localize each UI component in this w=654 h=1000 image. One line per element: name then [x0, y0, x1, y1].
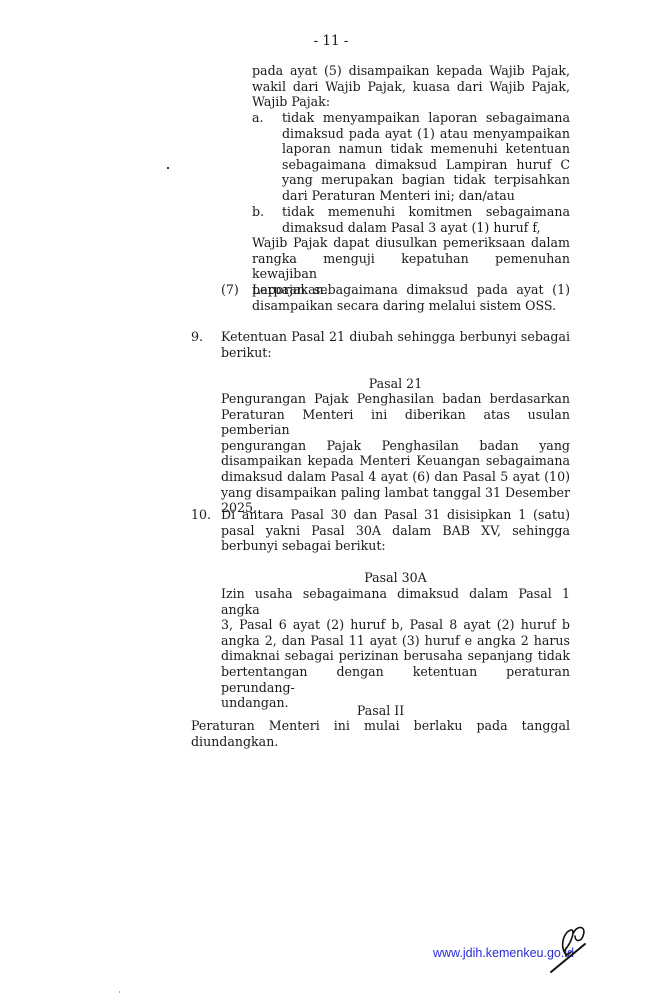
text-line: Wajib Pajak:: [252, 94, 570, 110]
text-line: wakil dari Wajib Pajak, kuasa dari Wajib…: [252, 79, 570, 95]
text-line: disampaikan kepada Menteri Keuangan seba…: [221, 453, 570, 469]
pasal-30a-body: Izin usaha sebagaimana dimaksud dalam Pa…: [221, 586, 570, 711]
text-line: tidak menyampaikan laporan sebagaimana: [282, 110, 570, 126]
scan-speck: [119, 991, 120, 993]
text-line: tidak memenuhi komitmen sebagaimana: [282, 204, 570, 220]
text-line: diundangkan.: [191, 734, 570, 750]
page-number: - 11 -: [0, 33, 654, 49]
text-line: pasal yakni Pasal 30A dalam BAB XV, sehi…: [221, 523, 570, 539]
ayat6-continuation: pada ayat (5) disampaikan kepada Wajib P…: [252, 63, 570, 110]
text-line: dimaksud dalam Pasal 4 ayat (6) dan Pasa…: [221, 469, 570, 485]
text-line: berikut:: [221, 345, 570, 361]
text-line: dimaknai sebagai perizinan berusaha sepa…: [221, 648, 570, 664]
text-line: yang merupakan bagian tidak terpisahkan: [282, 172, 570, 188]
item-label: b.: [252, 204, 264, 220]
text-line: berbunyi sebagai berikut:: [221, 538, 570, 554]
text-line: dimaksud pada ayat (1) atau menyampaikan: [282, 126, 570, 142]
pasal-ii-title: Pasal II: [191, 703, 570, 719]
pasal-21-title: Pasal 21: [221, 376, 570, 392]
item-number: 10.: [191, 507, 211, 523]
item-label: a.: [252, 110, 264, 126]
text-line: dari Peraturan Menteri ini; dan/atau: [282, 188, 570, 204]
text-line: pengurangan Pajak Penghasilan badan yang: [221, 438, 570, 454]
text-line: Pengurangan Pajak Penghasilan badan berd…: [221, 391, 570, 407]
text-line: dimaksud dalam Pasal 3 ayat (1) huruf f,: [282, 220, 570, 236]
text-line: bertentangan dengan ketentuan peraturan …: [221, 664, 570, 695]
text-line: Laporan sebagaimana dimaksud pada ayat (…: [252, 282, 570, 298]
text-line: disampaikan secara daring melalui sistem…: [252, 298, 570, 314]
ayat-label: (7): [221, 282, 239, 298]
text-line: angka 2, dan Pasal 11 ayat (3) huruf e a…: [221, 633, 570, 649]
text-line: Wajib Pajak dapat diusulkan pemeriksaan …: [252, 235, 570, 251]
text-line: pada ayat (5) disampaikan kepada Wajib P…: [252, 63, 570, 79]
signature-initial-icon: [545, 922, 593, 974]
pasal-ii-body: Peraturan Menteri ini mulai berlaku pada…: [191, 718, 570, 749]
text-line: Peraturan Menteri ini mulai berlaku pada…: [191, 718, 570, 734]
text-line: Izin usaha sebagaimana dimaksud dalam Pa…: [221, 586, 570, 617]
text-line: 3, Pasal 6 ayat (2) huruf b, Pasal 8 aya…: [221, 617, 570, 633]
text-line: laporan namun tidak memenuhi ketentuan: [282, 141, 570, 157]
scan-speck: [167, 167, 169, 169]
text-line: rangka menguji kepatuhan pemenuhan kewaj…: [252, 251, 570, 282]
item-number: 9.: [191, 329, 203, 345]
text-line: Peraturan Menteri ini diberikan atas usu…: [221, 407, 570, 438]
text-line: Ketentuan Pasal 21 diubah sehingga berbu…: [221, 329, 570, 345]
text-line: Di antara Pasal 30 dan Pasal 31 disisipk…: [221, 507, 570, 523]
text-line: yang disampaikan paling lambat tanggal 3…: [221, 485, 570, 501]
pasal-30a-title: Pasal 30A: [221, 570, 570, 586]
pasal-21-body: Pengurangan Pajak Penghasilan badan berd…: [221, 391, 570, 516]
text-line: sebagaimana dimaksud Lampiran huruf C: [282, 157, 570, 173]
